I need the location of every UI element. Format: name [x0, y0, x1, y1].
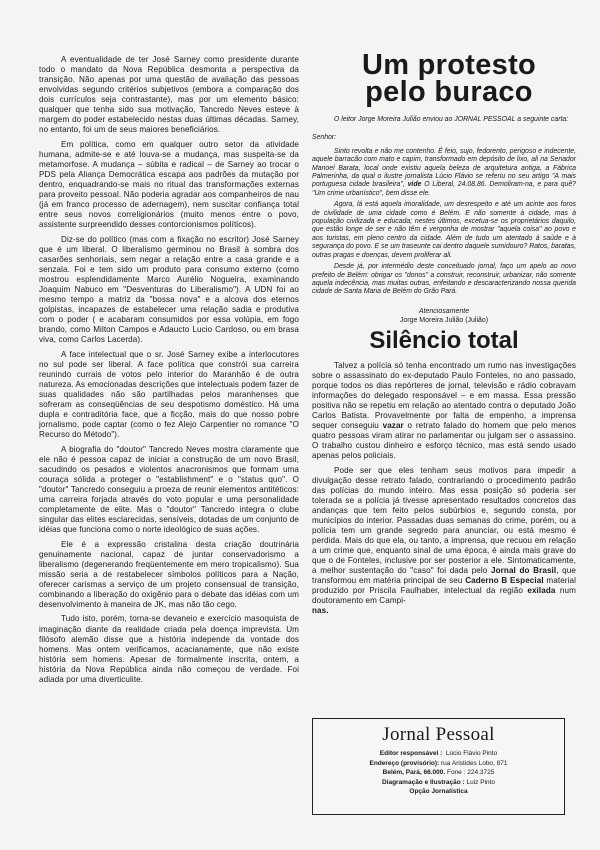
silencio-body: Talvez a polícia só tenha encontrado um … [312, 361, 576, 617]
right-column: Um protesto pelo buraco O leitor Jorge M… [312, 52, 576, 621]
protest-headline: Um protesto pelo buraco [312, 52, 576, 106]
vide-emphasis: vide [408, 181, 422, 188]
paragraph: Em política, como em qualquer outro seto… [39, 140, 299, 230]
letter-paragraph: Sinto revolta e não me contenho. É feio,… [312, 148, 576, 198]
letter-salutation: Senhor: [312, 134, 576, 142]
letter-intro: O leitor Jorge Moreira Julião enviou ao … [312, 116, 576, 124]
masthead-credits: Editor responsável : Lúcio Flávio Pinto … [313, 749, 564, 797]
letter-closing: Atenciosamente [312, 307, 576, 316]
design-line: Diagramação e Ilustração : Luiz Pinto [313, 778, 564, 788]
paragraph: A face intelectual que o sr. José Sarney… [39, 350, 299, 440]
headline-line-2: pelo buraco [365, 76, 533, 108]
editorial-column: A eventualidade de ter José Sarney como … [39, 55, 299, 689]
silencio-headline: Silêncio total [312, 329, 576, 353]
bold-emphasis: exilada [527, 586, 555, 595]
bold-emphasis: Caderno B Especial [465, 576, 544, 585]
paragraph: A eventualidade de ter José Sarney como … [39, 55, 299, 135]
bold-emphasis: vazar [383, 421, 404, 430]
address-line: Endereço (provisório): rua Aristides Lob… [313, 759, 564, 769]
protest-article: Um protesto pelo buraco O leitor Jorge M… [312, 52, 576, 325]
letter-signature: Jorge Moreira Julião (Julião) [312, 316, 576, 325]
reader-letter: O leitor Jorge Moreira Julião enviou ao … [312, 116, 576, 297]
silencio-article: Silêncio total Talvez a polícia só tenha… [312, 329, 576, 617]
paragraph: Pode ser que eles tenham seus motivos pa… [312, 466, 576, 617]
paragraph: Ele é a expressão cristalina desta criaç… [39, 540, 299, 610]
masthead-box: Jornal Pessoal Editor responsável : Lúci… [312, 718, 565, 815]
paragraph: Diz-se do político (mas com a fixação no… [39, 235, 299, 346]
editor-line: Editor responsável : Lúcio Flávio Pinto [313, 749, 564, 759]
letter-signoff: Atenciosamente Jorge Moreira Julião (Jul… [312, 307, 576, 325]
bold-emphasis: Jornal do Brasil [491, 566, 556, 575]
newspaper-page: A eventualidade de ter José Sarney como … [0, 0, 600, 850]
paragraph: Talvez a polícia só tenha encontrado um … [312, 361, 576, 461]
masthead-title: Jornal Pessoal [313, 725, 564, 745]
masthead-footer: Opção Jornalística [313, 787, 564, 797]
paragraph: A biografia do "doutor" Tancredo Neves m… [39, 445, 299, 535]
letter-paragraph: Desde já, por intermédio deste conceitua… [312, 263, 576, 297]
city-phone-line: Belém, Pará, 66.000. Fone : 224.3725 [313, 768, 564, 778]
paragraph: Tudo isto, porém, torna-se devaneio e ex… [39, 614, 299, 684]
letter-paragraph: Agora, lá está aquela imoralidade, um de… [312, 201, 576, 260]
